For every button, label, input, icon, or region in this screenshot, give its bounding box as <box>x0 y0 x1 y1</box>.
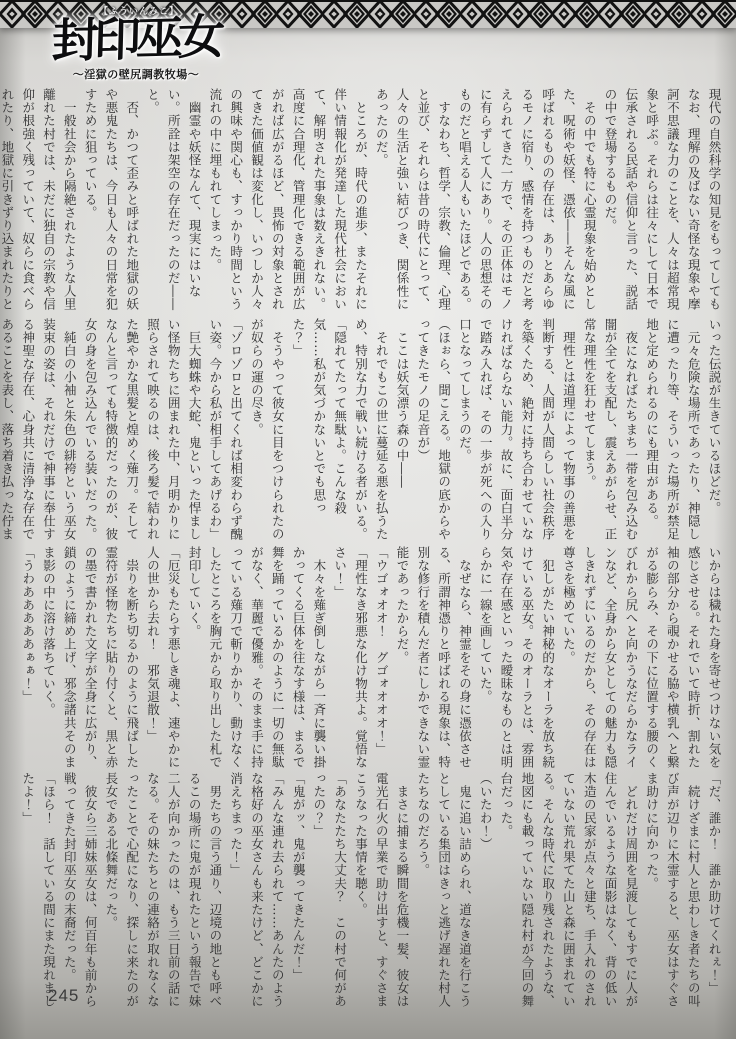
paragraph: すなわち、哲学、宗教、倫理、心理と並び、それらは昔の時代にとって、人々の生活と強… <box>370 88 453 318</box>
paragraph: 現代の自然科学の知見をもってしてもなお、理解の及ばない奇怪な現象や摩訶不思議な力… <box>599 88 724 318</box>
paragraph: 木々を薙ぎ倒しながら一斉に襲い掛かってくる巨体を往なす様は、まるで舞を踊っている… <box>183 546 329 772</box>
paragraph: どれだけ周囲を見渡してもすでに人が住んでいるような面影はなく、背の低い木造の民家… <box>495 772 641 1008</box>
paragraph: 「みんな連れ去られて……あんたのような格好の巫女さんも来たけど、どこかに消えちま… <box>225 772 287 1008</box>
paragraph: ところが、時代の進歩、またそれに伴い情報化が発達した現代社会において、解明された… <box>204 88 370 318</box>
paragraph: いった伝説が生きているほどだ。 <box>703 318 724 546</box>
text-block-3: いからは穢れた身を寄せつけない気を感じさせる。それでいて時折、割れた袖の部分から… <box>13 546 724 772</box>
paragraph: 「ウゴォオオ！ グゴォオオオ！」 <box>370 546 391 772</box>
page-number: 245 <box>48 986 79 1006</box>
paragraph: ここは妖気漂う森の中―― <box>391 318 412 546</box>
paragraph: 鬼に追い詰められ、道なき道を行こうとしている集団はきっと逃げ遅れた村人たちなのだ… <box>412 772 474 1008</box>
paragraph: 元々危険な場所であったり、神隠しに遭ったり等、そういった場所が禁足地と定められる… <box>641 318 703 546</box>
paragraph: 続けざまに村人と思わしき者たちの叫び声が辺りに木霊すると、巫女はすぐさま助けに向… <box>641 772 703 1008</box>
book-page: 【ふういんみこ】 封印巫女 ～淫獄の壁尻調教牧場～ 現代の自然科学の知見をもって… <box>0 0 736 1039</box>
paragraph: 男たちの言う通り、辺境の地とも呼べるこの場所に鬼が現れたという報告で妹二人が向か… <box>100 772 225 1008</box>
paragraph: 巨大蜘蛛や大蛇、鬼といった悍ましい怪物たちに囲まれた中、月明かりに照らされて映る… <box>79 318 204 546</box>
paragraph: 犯しがたい神秘的なオーラを放ち続けている巫女。そのオーラとは、雰囲気や存在感とい… <box>474 546 557 772</box>
paragraph: 「厄災もたらす悪しき魂よ、速やかに人の世から去れ！ 邪気退散！」 <box>142 546 184 772</box>
paragraph: 祟りを断ち切るかのように飛ばした霊符が怪物たちに貼り付くと、黒と赤の墨で書かれた… <box>38 546 142 772</box>
paragraph: 「だ、誰か！ 誰か助けてくれぇ！」 <box>703 772 724 1008</box>
paragraph: 否、かつて歪みと呼ばれた地獄の妖や悪鬼たちは、今日も人々の日常を犯すために狙って… <box>79 88 141 318</box>
paragraph: なぜなら、神霊をその身に憑依させる、所謂神憑りと呼ばれる現象は、特別な修行を積ん… <box>391 546 474 772</box>
paragraph: そうやって彼女に目をつけられたのが奴らの運の尽き。 <box>246 318 288 546</box>
paragraph: 彼女ら三姉妹巫女は、何百年も前から戦ってきた封印巫女の末裔だった。 <box>59 772 101 1008</box>
paragraph: それでもこの世に蔓延る悪を払うため、特別な力で戦い続ける者がいる。 <box>350 318 392 546</box>
paragraph: 「うわあああああぁぁ！」 <box>17 546 38 772</box>
text-block-2: いった伝説が生きているほどだ。 元々危険な場所であったり、神隠しに遭ったり等、そ… <box>13 318 724 546</box>
paragraph: （いたわ！） <box>474 772 495 1008</box>
paragraph: いからは穢れた身を寄せつけない気を感じさせる。それでいて時折、割れた袖の部分から… <box>558 546 724 772</box>
paragraph: 「理性なき邪悪な化け物共よ。覚悟なさい！」 <box>329 546 371 772</box>
logo-subtitle: ～淫獄の壁尻調教牧場～ <box>26 66 246 82</box>
paragraph: 「隠れてたって無駄よ。こんな殺気……私が気づかないとでも思った？」 <box>287 318 349 546</box>
paragraph: 幽霊や妖怪なんて、現実にはいない。所詮は架空の存在だったのだ――と。 <box>142 88 204 318</box>
decorative-border <box>0 0 736 28</box>
paragraph: 理性とは道理によって物事の善悪を判断する、人間が人間らしい社会秩序を築くため、絶… <box>454 318 579 546</box>
paragraph: 純白の小袖と朱色の緋袴という巫女装束の姿は、それだけで神事に奉仕する神聖な存在、… <box>0 318 79 546</box>
diamond-pattern-icon <box>0 0 736 28</box>
paragraph: まさに捕まる瞬間を危機一髪、彼女は電光石火の早業で助け出すと、すぐさまこうなった… <box>350 772 412 1008</box>
paragraph: 「鬼がッ、鬼が襲ってきたんだ！」 <box>287 772 308 1008</box>
paragraph: （ほぉら、聞こえる。地獄の底からやってきたモノの足音が） <box>412 318 454 546</box>
text-block-1: 現代の自然科学の知見をもってしてもなお、理解の及ばない奇怪な現象や摩訶不思議な力… <box>13 88 724 318</box>
text-block-4: 「だ、誰か！ 誰か助けてくれぇ！」 続けざまに村人と思わしき者たちの叫び声が辺り… <box>13 772 724 1008</box>
paragraph: 「あなたたち大丈夫？ この村で何があったの？」 <box>308 772 350 1008</box>
paragraph: 夜になればたちまち一帯を包み込む闇が全てを支配し、震えあがらせ、正常な理性を狂わ… <box>578 318 640 546</box>
paragraph: その中でも特に心霊現象を始めとした、呪術や妖怪、憑依――そんな風に呼ばれるものの… <box>454 88 600 318</box>
paragraph: 「ゾロゾロと出てくれば相変わらず醜い姿。今から私が相手してあげるわ」 <box>204 318 246 546</box>
paragraph: 一般社会から隔絶されたような人里離れた村では、未だに独自の宗教や信仰が根強く残っ… <box>0 88 79 318</box>
paragraph: 「ほら！ 話している間にまた現れましたよ！」 <box>17 772 59 1008</box>
